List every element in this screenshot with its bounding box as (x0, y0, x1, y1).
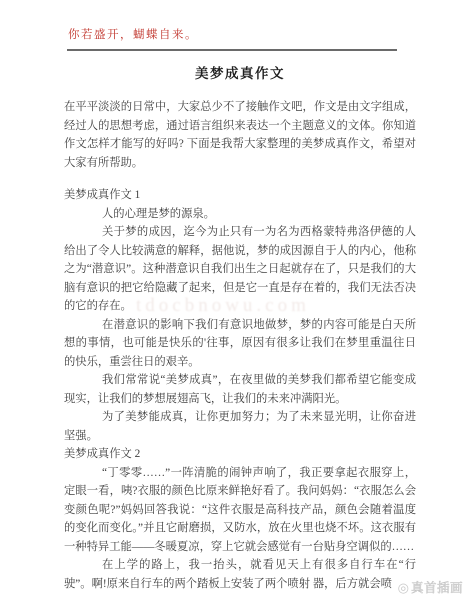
watermark-label: 真首插画 (411, 578, 463, 596)
document-page: 你若盛开，蝴蝶自来。 美梦成真作文 在平平淡淡的日常中，大家总少不了接触作文吧，… (0, 0, 466, 600)
section-1-paragraph: 在潜意识的影响下我们有意识地做梦，梦的内容可能是白天所想的事情，也可能是快乐的'… (64, 316, 416, 372)
section-1-paragraph: 人的心理是梦的源泉。 (64, 205, 416, 224)
section-1-paragraph: 关于梦的成因，迄今为止只有一为名为西格蒙特弗洛伊德的人给出了令人比较满意的解释，… (64, 223, 416, 316)
header-rule (67, 49, 397, 51)
section-2-paragraph: “丁零零……”一阵清脆的闹钟声响了，我正要拿起衣服穿上，定眼一看，咦?衣服的颜色… (64, 464, 416, 557)
section-1-heading: 美梦成真作文 1 (64, 186, 416, 205)
section-1-paragraph: 我们常常说“美梦成真”，在夜里做的美梦我们都希望它能变成现实，让我们的梦想展翅高… (64, 371, 416, 408)
document-content: 美梦成真作文 在平平淡淡的日常中，大家总少不了接触作文吧，作文是由文字组成，经过… (64, 62, 416, 593)
section-2-paragraph: 在上学的路上，我一抬头，就看见天上有很多自行车在“行驶”。啊!原来自行车的两个踏… (64, 556, 416, 593)
intro-paragraph: 在平平淡淡的日常中，大家总少不了接触作文吧，作文是由文字组成，经过人的思想考虑，… (64, 98, 416, 172)
section-1-paragraph: 为了美梦能成真，让你更加努力；为了未来显光明，让你奋进坚强。 (64, 408, 416, 445)
section-2-heading: 美梦成真作文 2 (64, 445, 416, 464)
page-title: 美梦成真作文 (64, 62, 416, 82)
header-motto: 你若盛开，蝴蝶自来。 (68, 28, 198, 42)
